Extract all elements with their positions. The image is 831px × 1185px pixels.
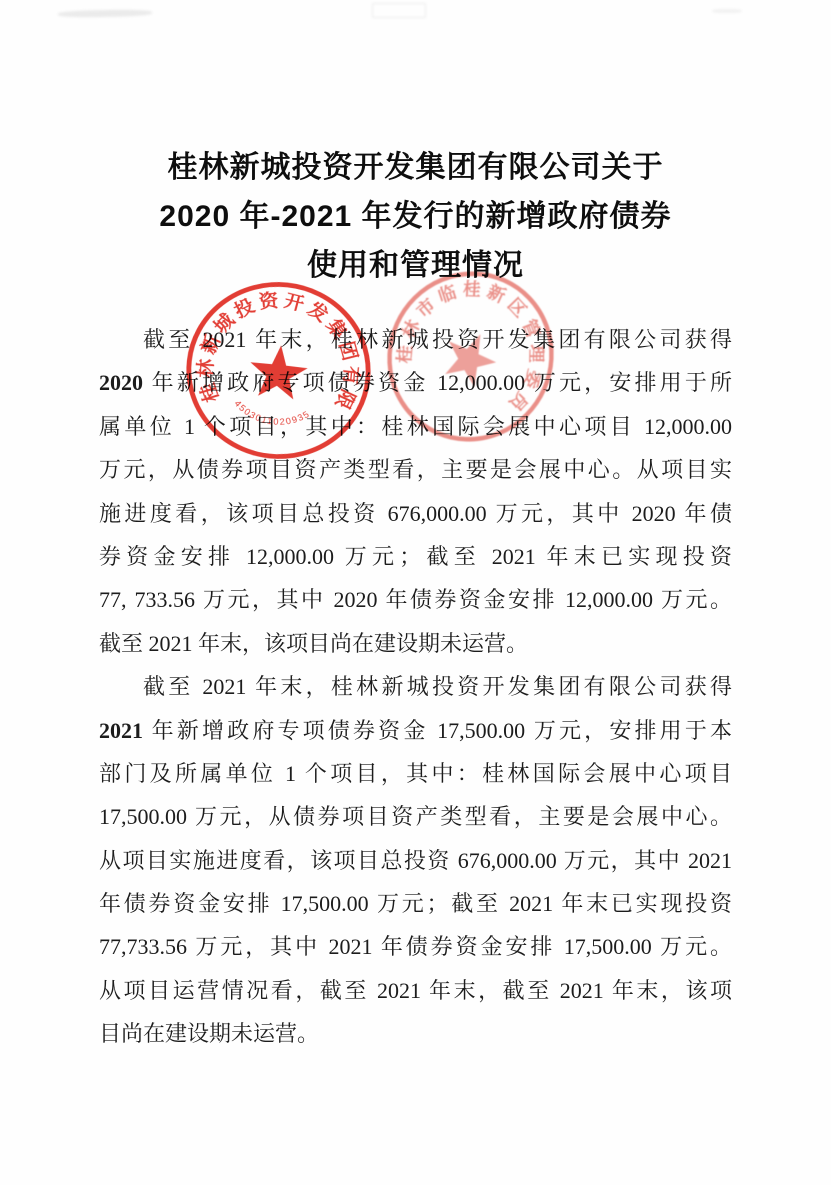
scan-artifact — [712, 9, 742, 13]
line-text: 年新增政府专项债券资金 12,000.00 万元，安排用于所 — [143, 370, 732, 395]
bold-year: 2021 — [99, 718, 143, 743]
body-line: 2021 年新增政府专项债券资金 17,500.00 万元，安排用于本 — [99, 709, 732, 752]
title-line-2: 2020 年-2021 年发行的新增政府债券 — [0, 192, 831, 241]
scanned-document-page: 桂林新城投资开发集团有限公司关于 2020 年-2021 年发行的新增政府债券 … — [0, 0, 831, 1185]
body-line: 部门及所属单位 1 个项目，其中：桂林国际会展中心项目 — [99, 752, 732, 795]
body-line: 截至 2021 年末，该项目尚在建设期未运营。 — [99, 622, 732, 665]
body-line: 77, 733.56 万元，其中 2020 年债券资金安排 12,000.00 … — [99, 578, 732, 621]
body-line: 目尚在建设期未运营。 — [99, 1012, 732, 1055]
body-line: 截至 2021 年末，桂林新城投资开发集团有限公司获得 — [99, 665, 732, 708]
body-line: 截至 2021 年末，桂林新城投资开发集团有限公司获得 — [99, 318, 732, 361]
body-line: 从项目实施进度看，该项目总投资 676,000.00 万元，其中 2021 — [99, 839, 732, 882]
body-line: 17,500.00 万元，从债券项目资产类型看，主要是会展中心。 — [99, 795, 732, 838]
body-line: 从项目运营情况看，截至 2021 年末，截至 2021 年末，该项 — [99, 969, 732, 1012]
body-line: 2020 年新增政府专项债券资金 12,000.00 万元，安排用于所 — [99, 361, 732, 404]
document-body: 截至 2021 年末，桂林新城投资开发集团有限公司获得 2020 年新增政府专项… — [99, 318, 732, 1056]
body-line: 券资金安排 12,000.00 万元；截至 2021 年末已实现投资 — [99, 535, 732, 578]
scan-artifact — [58, 9, 152, 18]
body-line: 年债券资金安排 17,500.00 万元；截至 2021 年末已实现投资 — [99, 882, 732, 925]
body-line: 77,733.56 万元，其中 2021 年债券资金安排 17,500.00 万… — [99, 925, 732, 968]
line-text: 年新增政府专项债券资金 17,500.00 万元，安排用于本 — [143, 718, 732, 743]
scan-artifact — [372, 3, 426, 18]
title-line-1: 桂林新城投资开发集团有限公司关于 — [0, 143, 831, 192]
title-line-3: 使用和管理情况 — [0, 241, 831, 290]
body-line: 属单位 1 个项目，其中：桂林国际会展中心项目 12,000.00 — [99, 405, 732, 448]
body-line: 施进度看，该项目总投资 676,000.00 万元，其中 2020 年债 — [99, 492, 732, 535]
bold-year: 2020 — [99, 370, 143, 395]
document-title: 桂林新城投资开发集团有限公司关于 2020 年-2021 年发行的新增政府债券 … — [0, 143, 831, 290]
body-line: 万元，从债券项目资产类型看，主要是会展中心。从项目实 — [99, 448, 732, 491]
